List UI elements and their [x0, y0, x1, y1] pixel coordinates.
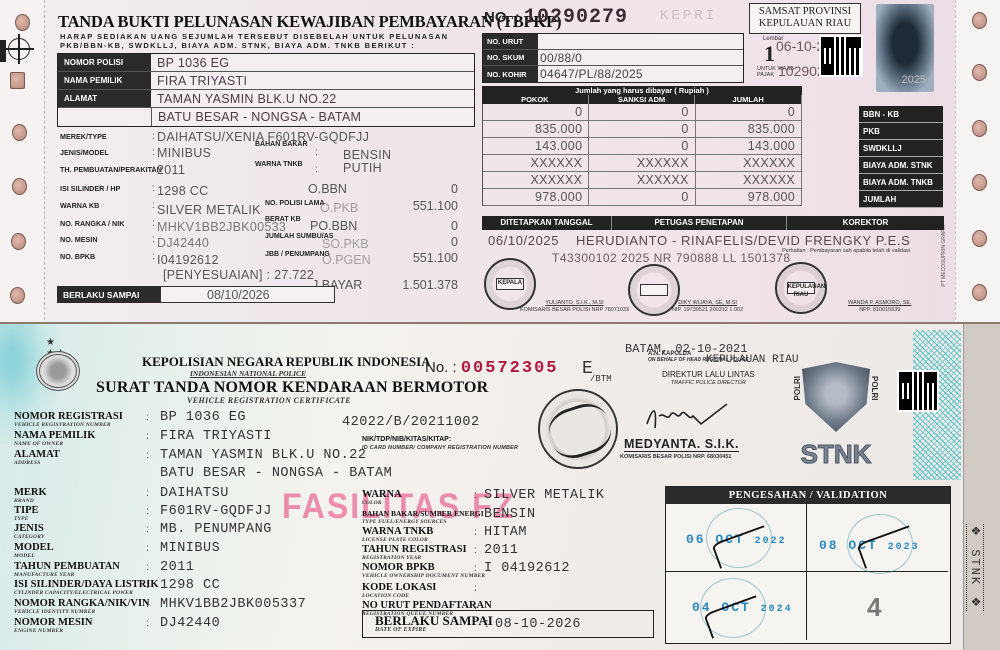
value-pobbn: 0 — [451, 219, 458, 233]
field-label-text: TAHUN PEMBUATAN — [14, 561, 120, 572]
value-warna: SILVER METALIK — [157, 203, 261, 217]
row-label: JUMLAH — [859, 191, 943, 208]
shield-label-right: POLRI — [870, 376, 879, 400]
label-warna: WARNA KB — [60, 201, 99, 210]
cell-pokok: 0 — [483, 104, 589, 120]
value-silinder: 1298 CC — [157, 184, 208, 198]
colon: : — [152, 251, 155, 262]
column-pokok: POKOK — [482, 95, 589, 104]
colon: : — [474, 563, 477, 574]
value-petugas: HERUDIANTO - RINAFELIS — [576, 233, 754, 248]
payment-rows: 000835.0000835.000143.0000143.000XXXXXXX… — [482, 104, 802, 206]
official-name: MEDYANTA. S.I.K. — [624, 437, 739, 452]
row-jenis: JENIS/MODEL : MINIBUS BAHAN BAKAR : BENS… — [60, 146, 470, 160]
value-korektor: DEVID FRENGKY P.E.S — [758, 233, 911, 248]
certificate-title: SURAT TANDA NOMOR KENDARAAN BERMOTOR — [96, 379, 488, 397]
colon: : — [474, 545, 477, 556]
cell-pokok: 143.000 — [483, 138, 589, 154]
signature-icon — [645, 402, 730, 432]
police-seal-stamp-icon — [538, 389, 618, 469]
field-label: NAMA PEMILIKNAME OF OWNER — [14, 431, 95, 447]
label-pobbn: PO.BBN — [310, 219, 357, 233]
colon: : — [152, 218, 155, 229]
field-label-text: WARNA TNKB — [362, 526, 433, 537]
value-jenis: MINIBUS — [157, 146, 211, 160]
punch-hole-icon — [972, 230, 987, 247]
row-no-skum: NO. SKUM 00/88/0 — [483, 50, 743, 66]
assignment-header: DITETAPKAN TANGGAL PETUGAS PENETAPAN KOR… — [482, 216, 944, 230]
label-no-skum: NO. SKUM — [483, 50, 538, 65]
value-alamat-1: TAMAN YASMIN BLK.U NO.22 — [151, 90, 474, 107]
polri-emblem-icon: ★★★ — [30, 337, 86, 393]
label-polisi-lama: NO. POLISI LAMA — [265, 200, 325, 207]
field-label-en: LOCATION CODE — [362, 593, 436, 599]
punch-hole-icon — [10, 287, 25, 304]
nik-label: NIK/TDP/NIB/KITAS/KITAP: ID CARD NUMBER/… — [362, 435, 518, 451]
label-bpkb: NO. BPKB — [60, 252, 95, 261]
colon: : — [146, 506, 149, 517]
berlaku-sampai-box: BERLAKU SAMPAI DATE OF EXPIRE : 08-10-20… — [362, 610, 654, 638]
field-label-en: CATEGORY — [14, 534, 45, 540]
cell-jumlah: 0 — [696, 104, 802, 120]
payment-header: Jumlah yang harus dibayar ( Rupiah ) — [482, 86, 802, 95]
field-label: TAHUN REGISTRASIREGISTRATION YEAR — [362, 545, 467, 561]
colon: : — [146, 599, 149, 610]
field-label: JENISCATEGORY — [14, 524, 45, 540]
punch-hole-icon — [11, 233, 26, 250]
colon: : — [146, 580, 149, 591]
field-value: F601RV-GQDFJJ — [160, 504, 272, 519]
column-sanksi: SANKSI ADM — [589, 95, 696, 104]
printer-credit: PT MECOSUPRIN GRAFIA — [941, 225, 947, 287]
lembar-number: 1 — [764, 41, 775, 67]
field-label-text: KODE LOKASI — [362, 582, 436, 593]
table-row: XXXXXXXXXXXXXXXXXX — [483, 172, 802, 189]
punch-hole-icon — [15, 14, 30, 31]
field-label-en: LICENSE PLATE COLOR — [362, 537, 433, 543]
cell-sanksi: XXXXXX — [589, 172, 695, 188]
colon: : — [152, 164, 155, 175]
field-label-text: ISI SILINDER/DAYA LISTRIK — [14, 579, 159, 590]
reference-number: 42022/B/20211002 — [342, 415, 480, 430]
validation-cell-1: 06 OCT 2022 — [666, 504, 807, 572]
signatory-id: NIP. 19730521 200312 1 002 — [672, 307, 743, 314]
row-alamat: ALAMAT TAMAN YASMIN BLK.U NO.22 — [58, 90, 474, 108]
label-bahan-bakar: BAHAN BAKAR — [255, 141, 308, 148]
validation-grid: 06 OCT 2022 08 OCT 2023 04 OCT 2024 4 — [666, 504, 949, 642]
print-number-stamp: 102902 — [778, 63, 825, 79]
samsat-line-2: KEPULAUAN RIAU — [750, 18, 860, 30]
owner-box: NOMOR POLISI BP 1036 EG NAMA PEMILIK FIR… — [57, 53, 475, 127]
field-label-en: CYLINDER CAPACITY/ELECTRICAL POWER — [14, 590, 159, 596]
row-nomor-polisi: NOMOR POLISI BP 1036 EG — [58, 54, 474, 72]
punch-hole-icon — [972, 120, 987, 137]
field-label-text: NOMOR RANGKA/NIK/VIN — [14, 598, 150, 609]
label-alamat: ALAMAT — [58, 90, 151, 107]
signatory-3: WANDA P. ASMORO, SE. NPP. 810015539 — [848, 300, 912, 314]
stnk-side-label: ❖ STNK ❖ — [966, 524, 984, 611]
cell-sanksi: 0 — [589, 189, 695, 205]
colon: : — [315, 164, 318, 175]
colon: : — [152, 183, 155, 194]
field-label-text: NOMOR MESIN — [14, 617, 92, 628]
field-label: MERKBRAND — [14, 488, 47, 504]
field-value: BP 1036 EG — [160, 410, 246, 425]
berlaku-value: 08-10-2026 — [495, 617, 581, 632]
berlaku-label: BERLAKU SAMPAI DATE OF EXPIRE — [375, 614, 493, 633]
label-silinder: ISI SILINDER / HP — [60, 184, 120, 193]
value-bpkb: I04192612 — [157, 253, 219, 267]
field-label-en: VEHICLE OWNERSHIP DOCUMENT NUMBER — [362, 573, 485, 579]
reference-numbers-box: NO. URUT NO. SKUM 00/88/0 NO. KOHIR 0464… — [482, 33, 744, 83]
hologram-year: 2025 — [902, 74, 926, 86]
label-rangka: NO. RANGKA / NIK — [60, 219, 124, 228]
punch-hole-icon — [972, 64, 987, 81]
colon: : — [146, 524, 149, 535]
row-no-kohir: NO. KOHIR 04647/PL/88/2025 — [483, 66, 743, 82]
colon: : — [146, 618, 149, 629]
samsat-box: SAMSAT PROVINSI KEPULAUAN RIAU — [749, 3, 861, 34]
field-value: MB. PENUMPANG — [160, 522, 272, 537]
validation-cell-4: 4 — [807, 572, 948, 640]
row-label: SWDKLLJ — [859, 140, 943, 157]
assignment-values: 06/10/2025 HERUDIANTO - RINAFELIS/DEVID … — [488, 233, 910, 248]
colon: : — [152, 131, 155, 142]
row-alamat-2: BATU BESAR - NONGSA - BATAM — [58, 108, 474, 126]
value-no-kohir: 04647/PL/88/2025 — [538, 66, 743, 82]
punch-hole-icon — [12, 178, 27, 195]
field-label-en: COLOR — [362, 500, 402, 506]
field-label: WARNA TNKBLICENSE PLATE COLOR — [362, 527, 433, 543]
cell-sanksi: 0 — [589, 104, 695, 120]
punch-hole-icon — [10, 72, 25, 89]
signatory-name: YULIANTO, S.I.K., M.SI — [520, 300, 629, 307]
field-label-en: VEHICLE REGISTRATION NUMBER — [14, 422, 123, 428]
punch-hole-icon — [972, 174, 987, 191]
value-nomor-polisi: BP 1036 EG — [151, 54, 474, 71]
row-mesin: NO. MESIN : DJ42440 JUMLAH SUMBU/AS SO.P… — [60, 233, 470, 247]
signatory-id: KOMISARIS BESAR POLISI NRP 76071033 — [520, 307, 629, 314]
print-date-stamp: 06-10-2 — [776, 38, 824, 54]
field-value: MINIBUS — [160, 541, 220, 556]
label-no-urut: NO. URUT — [483, 34, 538, 49]
field-label-text: BAHAN BAKAR/SUMBER ENERGI — [362, 509, 484, 518]
table-row: XXXXXXXXXXXXXXXXXX — [483, 155, 802, 172]
table-row: 000 — [483, 104, 802, 121]
head-ditetapkan: DITETAPKAN TANGGAL — [482, 216, 612, 230]
stamp-text — [640, 284, 669, 296]
field-label-en: BRAND — [14, 498, 47, 504]
cell-jumlah: 978.000 — [696, 189, 802, 205]
value-jbayar: 1.501.378 — [402, 278, 458, 292]
registration-mark-icon — [8, 38, 30, 60]
table-row: 978.0000978.000 — [483, 189, 802, 206]
label-merek: MEREK/TYPE — [60, 132, 107, 141]
validation-code: T43300102 2025 NR 790888 LL 1501378 — [552, 251, 791, 265]
nik-label-text: NIK/TDP/NIB/KITAS/KITAP: — [362, 436, 451, 443]
emblem-ring — [36, 351, 80, 391]
director-title: DIREKTUR LALU LINTAS TRAFFIC POLICE DIRE… — [662, 371, 755, 387]
punch-hole-icon — [12, 124, 27, 141]
official-rank: KOMISARIS BESAR POLISI NRP. 68030451 — [620, 454, 731, 460]
shield-label-left: POLRI — [793, 376, 802, 400]
field-label-en: REGISTRATION YEAR — [362, 555, 467, 561]
table-row: 143.0000143.000 — [483, 138, 802, 155]
cell-sanksi: 0 — [589, 138, 695, 154]
value-no-skum: 00/88/0 — [538, 50, 743, 65]
cell-pokok: XXXXXX — [483, 172, 589, 188]
field-label-text: MERK — [14, 487, 47, 498]
row-label: PKB — [859, 123, 943, 140]
row-label: BIAYA ADM. TNKB — [859, 174, 943, 191]
field-label: TAHUN PEMBUATANMANUFACTURE YEAR — [14, 562, 120, 578]
field-label-en: ENGINE NUMBER — [14, 628, 92, 634]
payment-row-labels: BBN - KBPKBSWDKLLJBIAYA ADM. STNKBIAYA A… — [859, 106, 943, 208]
row-no-urut: NO. URUT — [483, 34, 743, 50]
shield-word: STNK — [790, 439, 882, 470]
label-warna-tnkb: WARNA TNKB — [255, 161, 303, 168]
stamp-text: KEPULAUAN RIAU — [787, 282, 816, 294]
colon: : — [146, 431, 149, 442]
berlaku-label-text: BERLAKU SAMPAI — [375, 613, 493, 628]
field-value: 2011 — [484, 543, 518, 558]
field-label: ALAMATADDRESS — [14, 450, 60, 466]
colon: : — [485, 615, 489, 630]
label-tahun: TH. PEMBUATAN/PERAKITAN — [60, 165, 162, 174]
field-value: SILVER METALIK — [484, 488, 604, 503]
field-label: ISI SILINDER/DAYA LISTRIKCYLINDER CAPACI… — [14, 580, 159, 596]
validation-title: PENGESAHAN / VALIDATION — [666, 487, 950, 504]
tbpkp-document: PT MECOSUPRIN GRAFIA TANDA BUKTI PELUNAS… — [0, 0, 1000, 325]
cell-pokok: 978.000 — [483, 189, 589, 205]
field-label-text: JENIS — [14, 523, 44, 534]
director-title-text: DIREKTUR LALU LINTAS — [662, 370, 755, 379]
label-jenis: JENIS/MODEL — [60, 148, 109, 157]
field-label-text: NOMOR REGISTRASI — [14, 411, 123, 422]
value-nama-pemilik: FIRA TRIYASTI — [151, 72, 474, 89]
colon: : — [474, 527, 477, 538]
document-number: NO. : 10290279 — [484, 6, 628, 29]
value-ditetapkan: 06/10/2025 — [488, 233, 559, 248]
field-label: NOMOR REGISTRASIVEHICLE REGISTRATION NUM… — [14, 412, 123, 428]
document-instructions: HARAP SEDIAKAN UANG SEJUMLAH TERSEBUT DI… — [60, 32, 480, 50]
row-warna: WARNA KB : SILVER METALIK NO. POLISI LAM… — [60, 199, 470, 213]
region-name: KEPULAUAN RIAU — [706, 354, 798, 366]
qr-code-icon — [897, 370, 939, 412]
field-value: FIRA TRIYASTI — [160, 429, 272, 444]
label-jbb: JBB / PENUMPANG — [265, 251, 330, 258]
colon: : — [474, 509, 477, 520]
perforation-strip-right — [955, 0, 1000, 325]
document-number-value: 10290279 — [524, 6, 628, 29]
field-label: WARNACOLOR — [362, 490, 402, 506]
colon: : — [146, 488, 149, 499]
signatory-name: WANDA P. ASMORO, SE. — [848, 300, 912, 307]
label-spacer — [58, 108, 151, 126]
row-rangka: NO. RANGKA / NIK : MHKV1BB2JBK00533 BERA… — [60, 217, 470, 231]
field-value: 1298 CC — [160, 578, 220, 593]
colon: : — [152, 200, 155, 211]
colon: : — [152, 234, 155, 245]
signature-scribble — [544, 398, 617, 464]
signatory-1: YULIANTO, S.I.K., M.SI KOMISARIS BESAR P… — [520, 300, 629, 314]
official-stamp-icon: KEPULAUAN RIAU — [775, 262, 827, 314]
value-opgen: 551.100 — [413, 251, 458, 265]
value-warna-tnkb: PUTIH — [343, 161, 382, 175]
row-label: BBN - KB — [859, 106, 943, 123]
colon: : — [315, 147, 318, 158]
field-value: MHKV1BB2JBK005337 — [160, 597, 306, 612]
table-row: 835.0000835.000 — [483, 121, 802, 138]
berlaku-sampai: BERLAKU SAMPAI 08/10/2026 — [57, 286, 335, 303]
row-silinder: ISI SILINDER / HP : 1298 CC O.BBN 0 — [60, 182, 470, 196]
agency-name-en: INDONESIAN NATIONAL POLICE — [190, 369, 306, 378]
field-label-en: ADDRESS — [14, 460, 60, 466]
field-label-en: NAME OF OWNER — [14, 441, 95, 447]
label-no-kohir: NO. KOHIR — [483, 66, 538, 82]
validation-cell-3: 04 OCT 2024 — [666, 572, 807, 640]
samsat-line-1: SAMSAT PROVINSI — [750, 6, 860, 18]
field-label-text: ALAMAT — [14, 449, 60, 460]
row-tahun: TH. PEMBUATAN/PERAKITAN : 2011 WARNA TNK… — [60, 163, 470, 177]
field-value: DJ42440 — [160, 616, 220, 631]
label-obbn: O.BBN — [308, 182, 347, 196]
field-label-text: NAMA PEMILIK — [14, 430, 95, 441]
validation-notice: Perhatian : Pembayaran sah apabila telah… — [782, 248, 910, 254]
value-no-urut — [538, 34, 743, 49]
field-value: HITAM — [484, 525, 527, 540]
signatory-2: DIKY WIJAYA, SE, M.SI NIP. 19730521 2003… — [672, 300, 743, 314]
field-label-en: TYPE FUEL/ENERGY SOURCES — [362, 519, 484, 525]
field-label-text: TIPE — [14, 505, 39, 516]
colon: : — [146, 450, 149, 461]
label-nama-pemilik: NAMA PEMILIK — [58, 72, 151, 89]
field-label-text: TAHUN REGISTRASI — [362, 544, 467, 555]
field-label: KODE LOKASILOCATION CODE — [362, 583, 436, 599]
column-jumlah: JUMLAH — [695, 95, 802, 104]
value-sopkb: 0 — [451, 235, 458, 249]
field-label: NOMOR MESINENGINE NUMBER — [14, 618, 92, 634]
certificate-title-en: VEHICLE REGISTRATION CERTIFICATE — [187, 396, 351, 405]
field-value: BENSIN — [484, 507, 536, 522]
field-label: NOMOR BPKBVEHICLE OWNERSHIP DOCUMENT NUM… — [362, 563, 485, 579]
value-bahan-bakar: BENSIN — [343, 148, 391, 162]
value-alamat-2: BATU BESAR - NONGSA - BATAM — [151, 108, 474, 126]
cell-jumlah: XXXXXX — [696, 172, 802, 188]
head-petugas: PETUGAS PENETAPAN — [612, 216, 787, 230]
field-value: DAIHATSU — [160, 486, 229, 501]
row-nama-pemilik: NAMA PEMILIK FIRA TRIYASTI — [58, 72, 474, 90]
label-berlaku-sampai: BERLAKU SAMPAI — [57, 286, 160, 303]
shield-icon — [802, 362, 870, 432]
head-korektor: KOREKTOR — [787, 216, 944, 230]
certificate-number-value: 00572305 — [461, 359, 559, 378]
cell-sanksi: XXXXXX — [589, 155, 695, 171]
field-label: TIPETYPE — [14, 506, 39, 522]
field-value: BATU BESAR - NONGSA - BATAM — [160, 466, 392, 481]
field-value: I 04192612 — [484, 561, 570, 576]
label-opkb: O.PKB — [320, 201, 358, 215]
director-title-en: TRAFFIC POLICE DIRECTOR — [662, 379, 755, 387]
label-opgen: O.PGEN — [322, 253, 371, 267]
signatory-id: NPP. 810015539 — [848, 307, 912, 314]
polri-shield-emblem: POLRI POLRI STNK — [790, 354, 882, 474]
cell-pokok: 835.000 — [483, 121, 589, 137]
field-label-text: NOMOR BPKB — [362, 562, 435, 573]
stamp-text: KEPALA — [496, 278, 525, 290]
label-nomor-polisi: NOMOR POLISI — [58, 54, 151, 71]
cell-jumlah: 835.000 — [696, 121, 802, 137]
field-value: 2011 — [160, 560, 194, 575]
colon: : — [146, 562, 149, 573]
row-bpkb: NO. BPKB : I04192612 JBB / PENUMPANG O.P… — [60, 250, 470, 264]
certificate-number-label: No. : — [425, 359, 457, 376]
cell-jumlah: XXXXXX — [696, 155, 802, 171]
stnk-document: ★★★ KEPOLISIAN NEGARA REPUBLIK INDONESIA… — [0, 322, 1000, 650]
value-tahun: 2011 — [157, 163, 185, 177]
signatory-name: DIKY WIJAYA, SE, M.SI — [672, 300, 743, 307]
kepri-watermark: KEPRI — [660, 8, 717, 24]
cell-sanksi: 0 — [589, 121, 695, 137]
certificate-number: No. : 00572305 — [425, 359, 558, 378]
field-label: NOMOR RANGKA/NIK/VINVEHICLE IDENTITY NUM… — [14, 599, 150, 615]
field-value: TAMAN YASMIN BLK.U NO.22 — [160, 448, 366, 463]
colon: : — [474, 490, 477, 501]
nik-label-en: ID CARD NUMBER/ COMPANY REGISTRATION NUM… — [362, 445, 518, 451]
edge-tab — [0, 40, 6, 62]
field-label-text: WARNA — [362, 489, 402, 500]
agency-name: KEPOLISIAN NEGARA REPUBLIK INDONESIA — [142, 354, 431, 370]
label-mesin: NO. MESIN — [60, 235, 98, 244]
field-label-text: MODEL — [14, 542, 54, 553]
field-label-en: VEHICLE IDENTITY NUMBER — [14, 609, 150, 615]
field-label-en: MODEL — [14, 553, 54, 559]
field-label: MODELMODEL — [14, 543, 54, 559]
validation-box: PENGESAHAN / VALIDATION 06 OCT 2022 08 O… — [665, 486, 951, 644]
value-opkb: 551.100 — [413, 199, 458, 213]
payment-columns: POKOK SANKSI ADM JUMLAH — [482, 95, 802, 104]
colon: : — [146, 412, 149, 423]
row-label: BIAYA ADM. STNK — [859, 157, 943, 174]
label-berat: BERAT KB — [265, 216, 301, 223]
validation-cell-2: 08 OCT 2023 — [807, 504, 948, 572]
series-office: /BTM — [590, 374, 612, 384]
colon: : — [146, 543, 149, 554]
document-number-label: NO. : — [484, 9, 520, 26]
punch-hole-icon — [972, 284, 987, 301]
cell-pokok: XXXXXX — [483, 155, 589, 171]
qr-code-icon — [819, 35, 863, 77]
punch-hole-icon — [972, 12, 987, 29]
hologram-sticker: 2025 — [876, 4, 934, 92]
field-label-en: TYPE — [14, 516, 39, 522]
colon: : — [152, 147, 155, 158]
validation-slot-number: 4 — [867, 592, 881, 623]
label-sopkb: SO.PKB — [322, 237, 369, 251]
field-label-en: MANUFACTURE YEAR — [14, 572, 120, 578]
value-berlaku-sampai: 08/10/2026 — [160, 286, 335, 303]
value-obbn: 0 — [451, 182, 458, 196]
cell-jumlah: 143.000 — [696, 138, 802, 154]
field-label: BAHAN BAKAR/SUMBER ENERGITYPE FUEL/ENERG… — [362, 509, 484, 525]
value-mesin: DJ42440 — [157, 236, 209, 250]
colon: : — [474, 583, 477, 594]
